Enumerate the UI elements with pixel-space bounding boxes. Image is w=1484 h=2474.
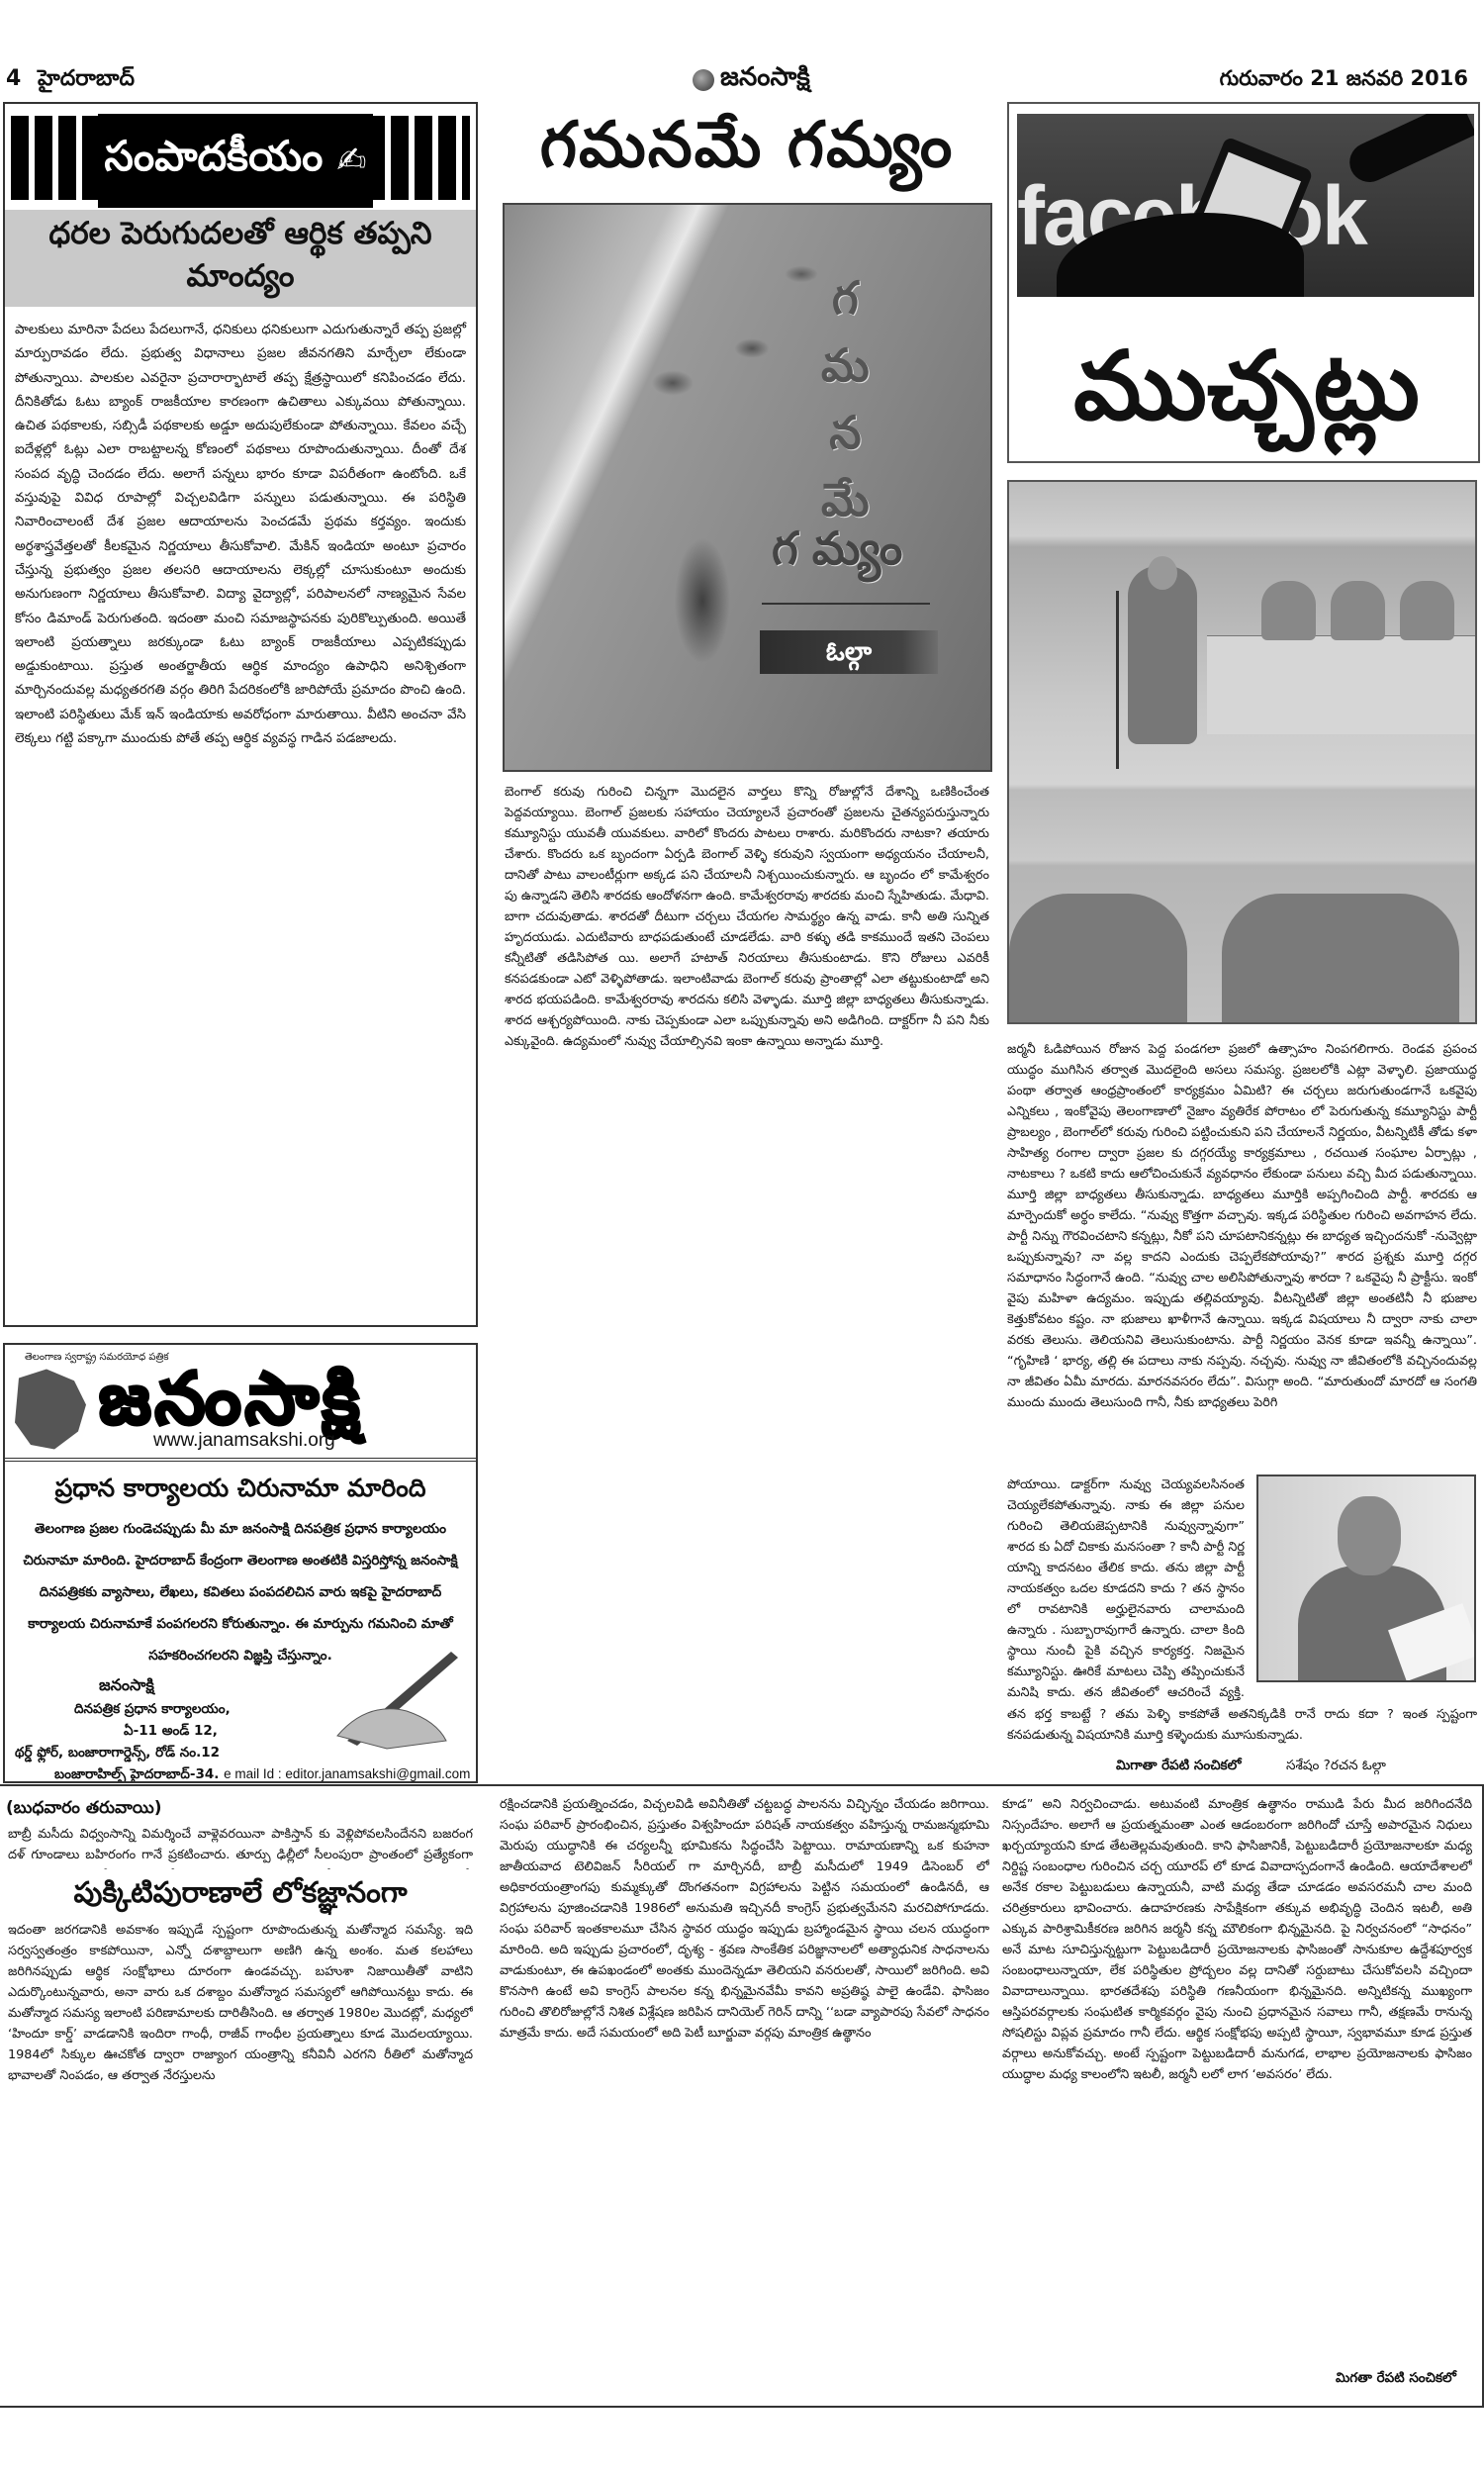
editorial-body: పాలకులు మారినా పేదలు పేదలుగానే, ధనికులు … [5,307,476,763]
continued-note: మిగాతా రేపటి సంచికలో [1116,1758,1242,1776]
website-link[interactable]: www.janamsakshi.org [153,1430,335,1452]
article-intro: బాబ్రీ మసీదు విధ్వంసాన్ని విమర్శించే వాళ… [8,1824,473,1869]
telangana-map-icon [11,1365,90,1454]
ad-title: ప్రధాన కార్యాలయ చిరునామా మారింది [5,1474,476,1509]
pointing-finger [1344,114,1474,189]
dais-table [1207,635,1477,734]
address-change-notice: తెలంగాణ స్వరాష్ట్ర సమరయోధ పత్రిక జనంసాక్… [3,1343,478,1783]
story-column-2-end: తన భర్త కాబట్టే ? తమ పెళ్ళి కాకపోతే అతని… [1007,1704,1477,1748]
bottom-article: (బుధవారం తరువాయి) బాబ్రీ మసీదు విధ్వంసాన… [0,1784,1484,2408]
hand-writing-icon [327,1642,466,1751]
editorial-section: సంపాదకీయం ✍ ధరల పెరుగుదలతో ఆర్థిక తప్పని… [3,102,478,1327]
panel-member [1261,581,1316,640]
newspaper-name: జనంసాక్షి [720,62,810,98]
story-byline: సశేషం ?రచన ఓల్గా [1286,1758,1386,1776]
masthead: 4 హైదరాబాద్ జనంసాక్షి గురువారం 21 జనవరి … [0,0,1484,94]
article-subheading: పుక్కిటిపురాణాలే లోకజ్ఞానంగా [8,1875,473,1917]
author-photo [1256,1475,1476,1682]
issue-date: గురువారం 21 జనవరి 2016 [1220,66,1468,96]
facebook-caption: ముచ్చట్లు [1014,317,1479,455]
ad-header: తెలంగాణ స్వరాష్ట్ర సమరయోధ పత్రిక జనంసాక్… [5,1345,476,1462]
article-column-1: ఇదంతా జరగడానికి అవకాశం ఇప్పుడే స్పష్టంగా… [8,1920,473,2395]
audience-women [1009,894,1187,1022]
panel-member [1400,581,1454,640]
editorial-headline: ధరల పెరుగుదలతో ఆర్థిక తప్పని మాంద్యం [5,210,476,307]
article-column-3: కూడ” అని నిర్వచించాడు. అటువంటి మాంత్రిక … [1002,1794,1472,2333]
newspaper-logo: జనంసాక్షి [693,62,810,98]
microphone-stand [1116,591,1119,769]
book-cover-image: గ మ న మే గమ్యం ఓల్గా [503,203,992,772]
cover-divider [762,603,930,605]
story-column-1: బెంగాల్ కరువు గురించి చిన్నగా మొదలైన వార… [505,782,989,1776]
cover-title-vertical: గ మ న మే [821,264,870,533]
cover-title-last: గమ్యం [772,522,916,587]
cover-author: ఓల్గా [760,630,938,674]
story-column-2-beside-photo: పోయాయి. డాక్టర్‌గా నువ్వు చెయ్యవలసినంత చ… [1007,1475,1245,1702]
panel-member [1331,581,1385,640]
pen-icon: ✍ [336,141,366,181]
globe-icon [693,69,714,91]
speaker-figure [1128,566,1197,744]
story-headline: గమనమే గమ్యం [500,109,994,197]
section-name: హైదరాబాద్ [38,66,135,96]
story-illustration [1007,480,1477,1024]
audience-men [1222,894,1459,1022]
page-number: 4 [6,66,21,91]
editorial-label: సంపాదకీయం [104,132,323,191]
story-column-2: జర్మనీ ఓడిపోయిన రోజున పెద్ద పండగలా ప్రజల… [1007,1039,1477,1471]
facebook-image: facebook [1017,114,1474,297]
article-column-2: రక్షించడానికి ప్రయత్నించడం, విచ్చలవిడి అ… [500,1794,989,2398]
editorial-banner: సంపాదకీయం ✍ [11,116,470,200]
article-continued-note: మిగతా రేపటి సంచికలో [1336,2370,1456,2389]
email-link[interactable]: e mail Id : editor.janamsakshi@gmail.com [224,1766,470,1781]
continued-from: (బుధవారం తరువాయి) [6,1798,161,1822]
